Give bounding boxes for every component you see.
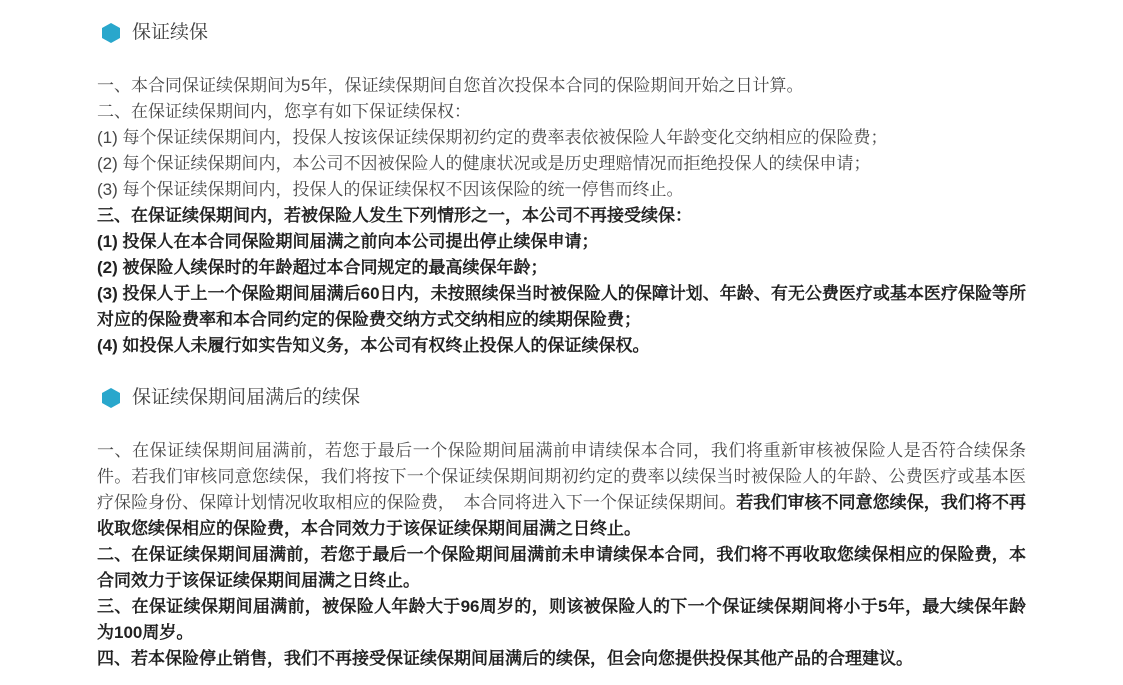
text-segment-bold: 四、若本保险停止销售，我们不再接受保证续保期间届满后的续保，但会向您提供投保其他… (97, 649, 913, 668)
text-segment-bold: 三、在保证续保期间届满前，被保险人年龄大于96周岁的，则该被保险人的下一个保证续… (97, 597, 1026, 642)
paragraph: (4) 如投保人未履行如实告知义务，本公司有权终止投保人的保证续保权。 (97, 333, 1026, 359)
text-segment-bold: (4) 如投保人未履行如实告知义务，本公司有权终止投保人的保证续保权。 (97, 336, 650, 355)
text-segment: (3) 每个保证续保期间内，投保人的保证续保权不因该保险的统一停售而终止。 (97, 180, 684, 199)
paragraph: (2) 被保险人续保时的年龄超过本合同规定的最高续保年龄； (97, 255, 1026, 281)
paragraph: (3) 投保人于上一个保险期间届满后60日内，未按照续保当时被保险人的保障计划、… (97, 281, 1026, 333)
section-heading: 保证续保 (102, 23, 1026, 43)
paragraph: 三、在保证续保期间届满前，被保险人年龄大于96周岁的，则该被保险人的下一个保证续… (97, 594, 1026, 646)
text-segment-bold: (1) 投保人在本合同保险期间届满之前向本公司提出停止续保申请； (97, 232, 599, 251)
section-guaranteed-renewal: 保证续保 一、本合同保证续保期间为5年，保证续保期间自您首次投保本合同的保险期间… (97, 23, 1026, 359)
section-paragraphs: 一、在保证续保期间届满前，若您于最后一个保险期间届满前申请续保本合同，我们将重新… (97, 438, 1026, 672)
section-title: 保证续保期间届满后的续保 (132, 388, 360, 408)
paragraph: (1) 每个保证续保期间内，投保人按该保证续保期初约定的费率表依被保险人年龄变化… (97, 125, 1026, 151)
document-page: 保证续保 一、本合同保证续保期间为5年，保证续保期间自您首次投保本合同的保险期间… (0, 0, 1123, 685)
section-heading: 保证续保期间届满后的续保 (102, 388, 1026, 408)
text-segment: 二、在保证续保期间内，您享有如下保证续保权： (97, 102, 471, 121)
paragraph: (2) 每个保证续保期间内，本公司不因被保险人的健康状况或是历史理赔情况而拒绝投… (97, 151, 1026, 177)
text-segment: (1) 每个保证续保期间内，投保人按该保证续保期初约定的费率表依被保险人年龄变化… (97, 128, 888, 147)
text-segment-bold: (2) 被保险人续保时的年龄超过本合同规定的最高续保年龄； (97, 258, 548, 277)
section-title: 保证续保 (132, 23, 208, 43)
paragraph: (1) 投保人在本合同保险期间届满之前向本公司提出停止续保申请； (97, 229, 1026, 255)
text-segment: (2) 每个保证续保期间内，本公司不因被保险人的健康状况或是历史理赔情况而拒绝投… (97, 154, 871, 173)
hexagon-bullet-icon (102, 23, 120, 43)
paragraph: 二、在保证续保期间届满前，若您于最后一个保险期间届满前未申请续保本合同，我们将不… (97, 542, 1026, 594)
paragraph: 一、本合同保证续保期间为5年，保证续保期间自您首次投保本合同的保险期间开始之日计… (97, 73, 1026, 99)
text-segment-bold: 二、在保证续保期间届满前，若您于最后一个保险期间届满前未申请续保本合同，我们将不… (97, 545, 1026, 590)
paragraph: (3) 每个保证续保期间内，投保人的保证续保权不因该保险的统一停售而终止。 (97, 177, 1026, 203)
paragraph: 二、在保证续保期间内，您享有如下保证续保权： (97, 99, 1026, 125)
paragraph: 四、若本保险停止销售，我们不再接受保证续保期间届满后的续保，但会向您提供投保其他… (97, 646, 1026, 672)
section-paragraphs: 一、本合同保证续保期间为5年，保证续保期间自您首次投保本合同的保险期间开始之日计… (97, 73, 1026, 359)
hexagon-bullet-icon (102, 388, 120, 408)
paragraph: 三、在保证续保期间内，若被保险人发生下列情形之一，本公司不再接受续保： (97, 203, 1026, 229)
text-segment: 一、本合同保证续保期间为5年，保证续保期间自您首次投保本合同的保险期间开始之日计… (97, 76, 803, 95)
paragraph: 一、在保证续保期间届满前，若您于最后一个保险期间届满前申请续保本合同，我们将重新… (97, 438, 1026, 542)
section-renewal-after-expiry: 保证续保期间届满后的续保 一、在保证续保期间届满前，若您于最后一个保险期间届满前… (97, 388, 1026, 672)
text-segment-bold: (3) 投保人于上一个保险期间届满后60日内，未按照续保当时被保险人的保障计划、… (97, 284, 1026, 329)
text-segment-bold: 三、在保证续保期间内，若被保险人发生下列情形之一，本公司不再接受续保： (97, 206, 692, 225)
